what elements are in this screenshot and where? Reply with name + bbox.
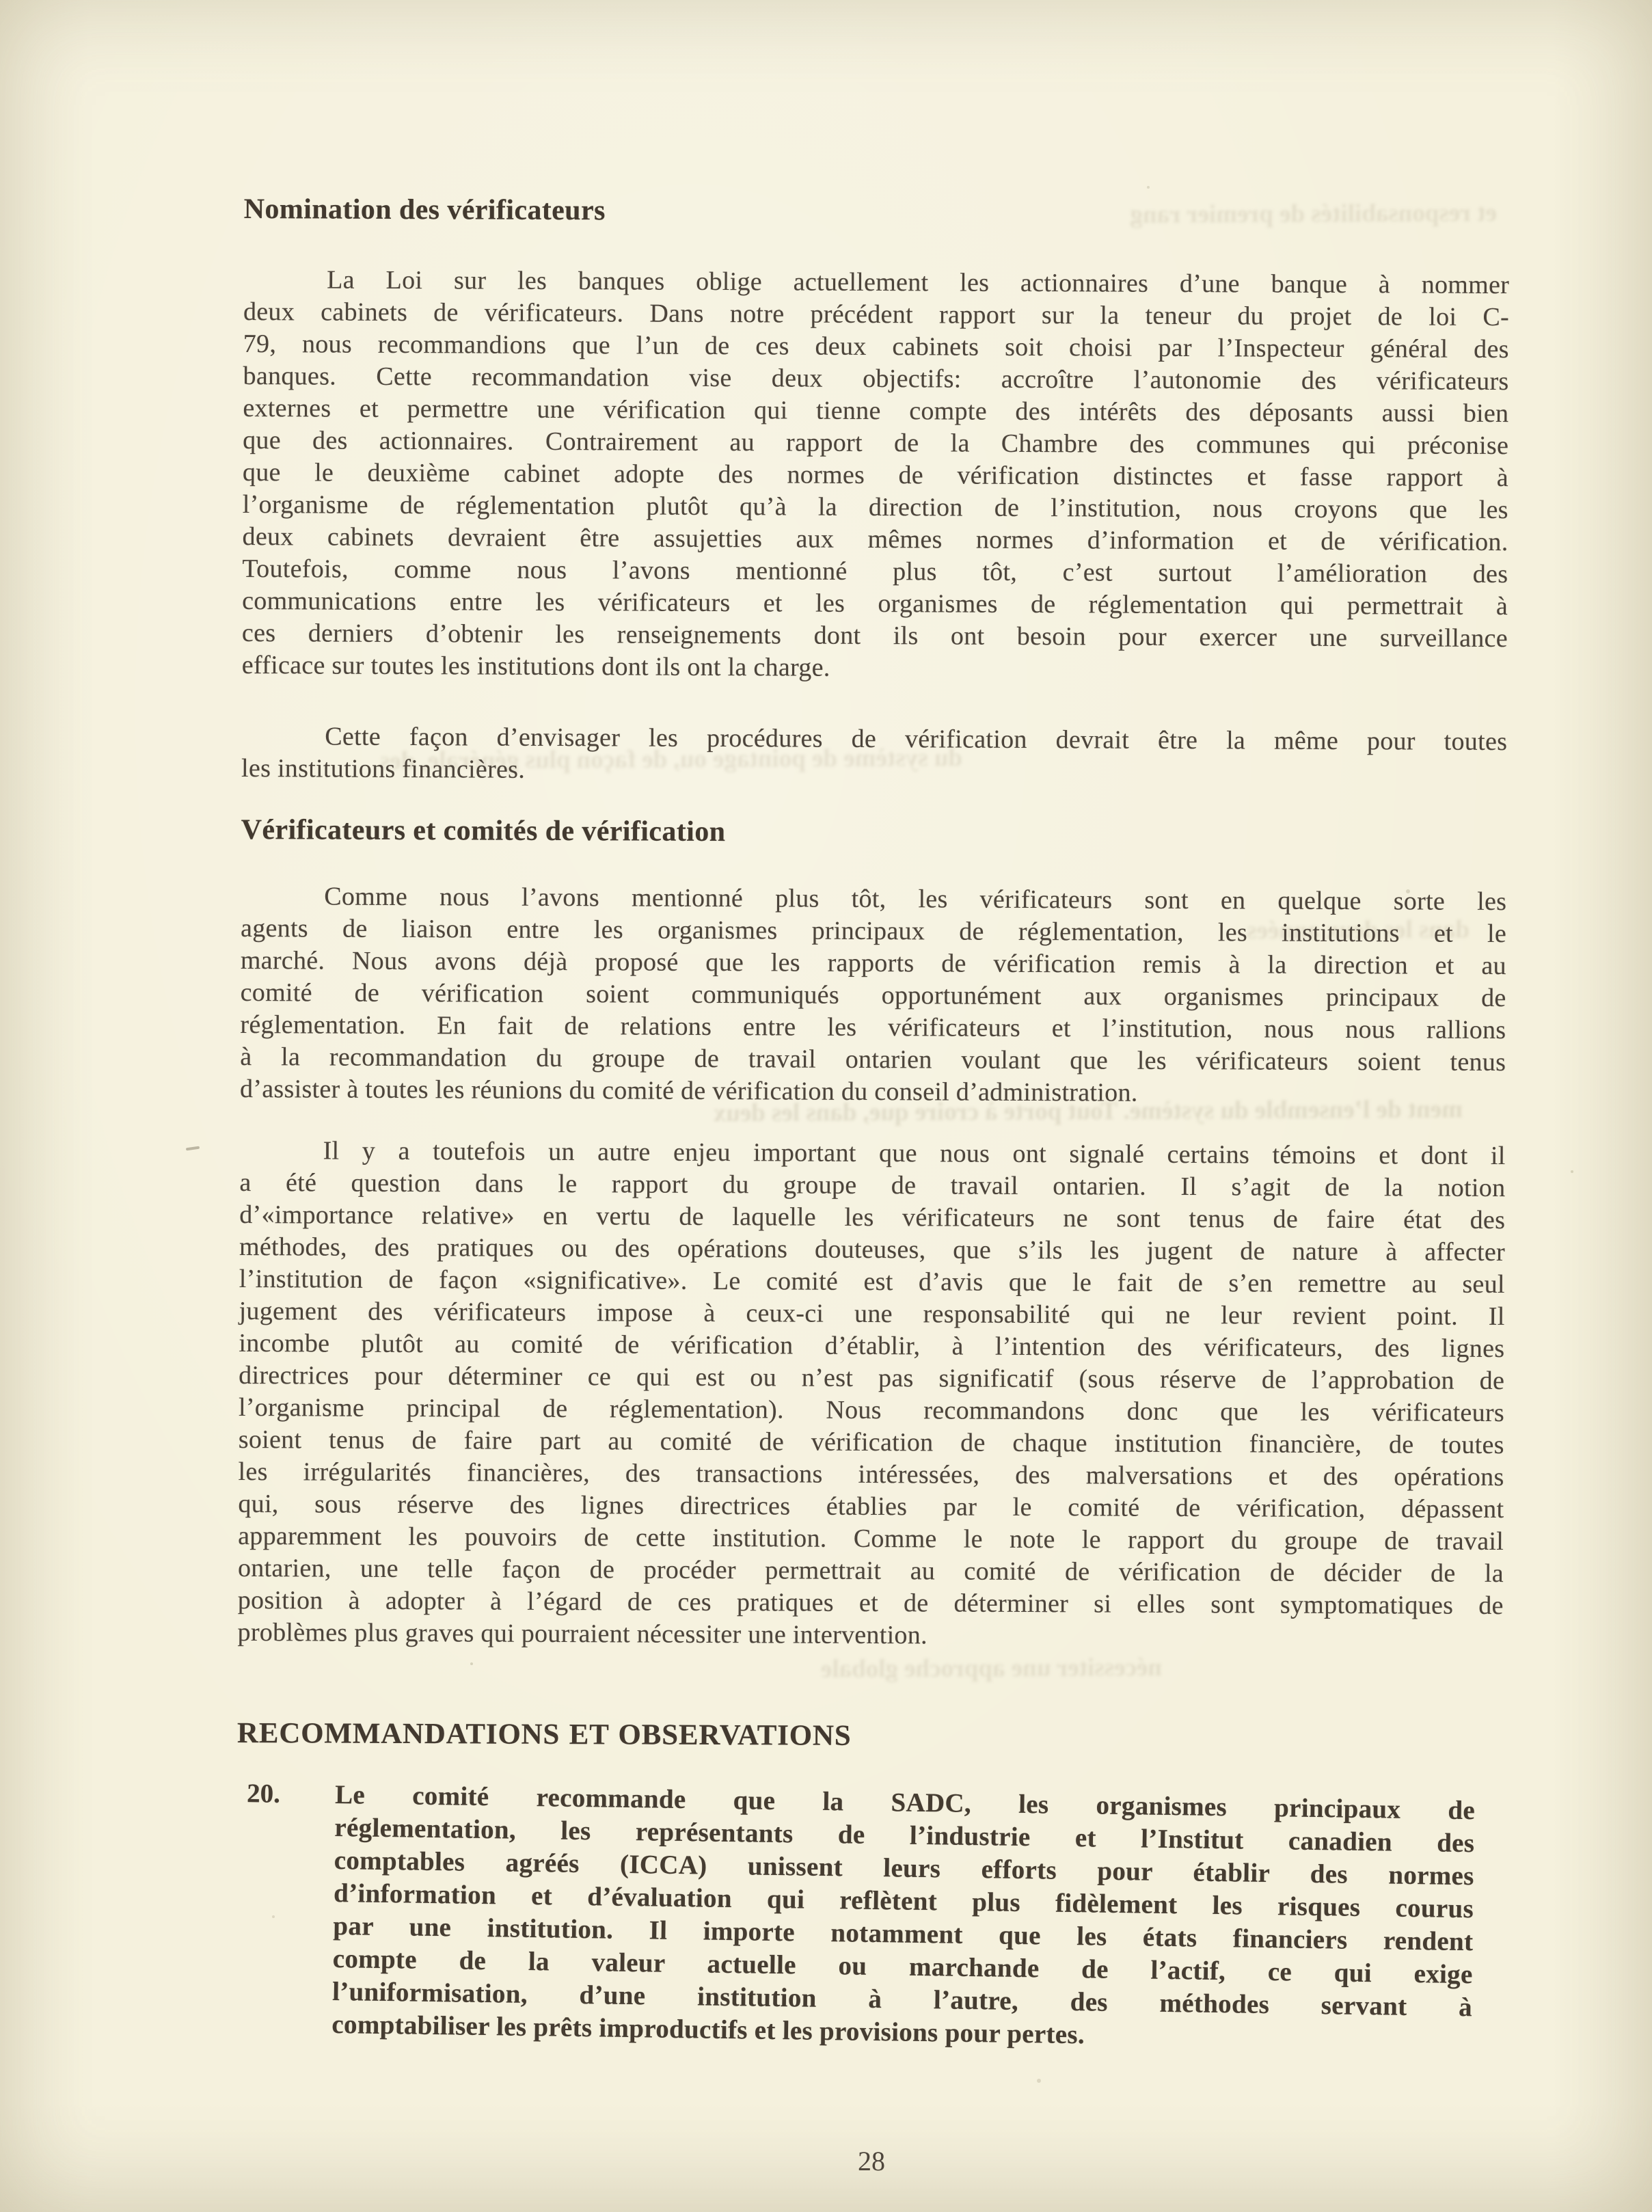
text-line: les institutions financières. — [241, 753, 1507, 790]
text-line: que des actionnaires. Contrairement au r… — [243, 424, 1508, 462]
paragraph-loi-sur-les-banques: La Loi sur les banques oblige actuelleme… — [242, 264, 1510, 687]
text-line: agents de liaison entre les organismes p… — [241, 913, 1506, 950]
text-line: d’«importance relative» en vertu de laqu… — [239, 1199, 1505, 1237]
section-heading-recommandations-et-observations: RECOMMANDATIONS ET OBSERVATIONS — [237, 1717, 852, 1753]
text-line: Cette façon d’envisager les procédures d… — [241, 720, 1507, 758]
page-number: 28 — [848, 2145, 895, 2177]
text-line: Toutefois, comme nous l’avons mentionné … — [242, 553, 1508, 591]
text-line: soient tenus de faire part au comité de … — [239, 1424, 1504, 1461]
text-line: externes et permettre une vérification q… — [243, 392, 1508, 430]
stray-pencil-mark — [186, 1146, 200, 1151]
text-line: qui, sous réserve des lignes directrices… — [238, 1488, 1504, 1526]
text-line: deux cabinets devraient être assujetties… — [242, 521, 1508, 558]
text-line: banques. Cette recommandation vise deux … — [243, 360, 1508, 398]
bleed-through-text: et responsabilités de premier rang — [977, 198, 1497, 230]
text-line: 79, nous recommandions que l’un de ces d… — [243, 328, 1509, 366]
text-line: communications entre les vérificateurs e… — [242, 585, 1508, 623]
section-heading-nomination-des-verificateurs: Nomination des vérificateurs — [244, 193, 606, 227]
text-line: d’assister à toutes les réunions du comi… — [240, 1073, 1506, 1111]
text-line: Il y a toutefois un autre enjeu importan… — [240, 1135, 1506, 1172]
text-line: position à adopter à l’égard de ces prat… — [238, 1584, 1504, 1622]
text-line: incombe plutôt au comité de vérification… — [239, 1327, 1504, 1365]
paragraph-importance-relative: Il y a toutefois un autre enjeu importan… — [237, 1135, 1505, 1654]
text-line: La Loi sur les banques oblige actuelleme… — [243, 264, 1509, 301]
text-line: l’institution de façon «significative». … — [239, 1263, 1505, 1301]
text-line: a été question dans le rapport du groupe… — [239, 1167, 1505, 1204]
text-line: ontarien, une telle façon de procéder pe… — [238, 1552, 1504, 1590]
recommendation-number: 20. — [247, 1777, 280, 1811]
text-line: deux cabinets de vérificateurs. Dans not… — [243, 296, 1509, 334]
section-heading-verificateurs-et-comites: Vérificateurs et comités de vérification — [241, 813, 726, 848]
text-line: Comme nous l’avons mentionné plus tôt, l… — [241, 880, 1506, 918]
text-line: efficace sur toutes les institutions don… — [242, 649, 1508, 687]
text-line: l’organisme principal de réglementation)… — [239, 1392, 1504, 1429]
recommendation-item-20: 20. Le comité recommande que la SADC, le… — [234, 1777, 1504, 2058]
text-block: Nomination des vérificateurs La Loi sur … — [245, 0, 1511, 5]
recommendation-text: Le comité recommande que la SADC, les or… — [331, 1779, 1475, 2057]
text-line: jugement des vérificateurs impose à ceux… — [239, 1295, 1505, 1333]
text-line: ces derniers d’obtenir les renseignement… — [242, 617, 1508, 655]
text-line: que le deuxième cabinet adopte des norme… — [243, 457, 1508, 494]
text-line: problèmes plus graves qui pourraient néc… — [237, 1617, 1503, 1654]
text-line: réglementation. En fait de relations ent… — [240, 1009, 1506, 1047]
scanned-document-page: et responsabilités de premier rang du sy… — [0, 0, 1652, 2212]
text-line: marché. Nous avons déjà proposé que les … — [241, 945, 1506, 982]
text-line: comité de vérification soient communiqué… — [241, 977, 1506, 1014]
text-line: apparemment les pouvoirs de cette instit… — [238, 1520, 1504, 1558]
text-line: méthodes, des pratiques ou des opération… — [239, 1231, 1505, 1269]
paragraph-cette-facon: Cette façon d’envisager les procédures d… — [241, 720, 1507, 790]
text-line: directrices pour déterminer ce qui est o… — [239, 1360, 1504, 1397]
text-line: l’organisme de réglementation plutôt qu’… — [243, 489, 1508, 526]
text-line: à la recommandation du groupe de travail… — [240, 1041, 1506, 1079]
text-line: les irrégularités financières, des trans… — [239, 1456, 1504, 1494]
paragraph-agents-de-liaison: Comme nous l’avons mentionné plus tôt, l… — [240, 880, 1506, 1111]
bleed-through-text: nécessiter une approche globale — [615, 1653, 1162, 1685]
